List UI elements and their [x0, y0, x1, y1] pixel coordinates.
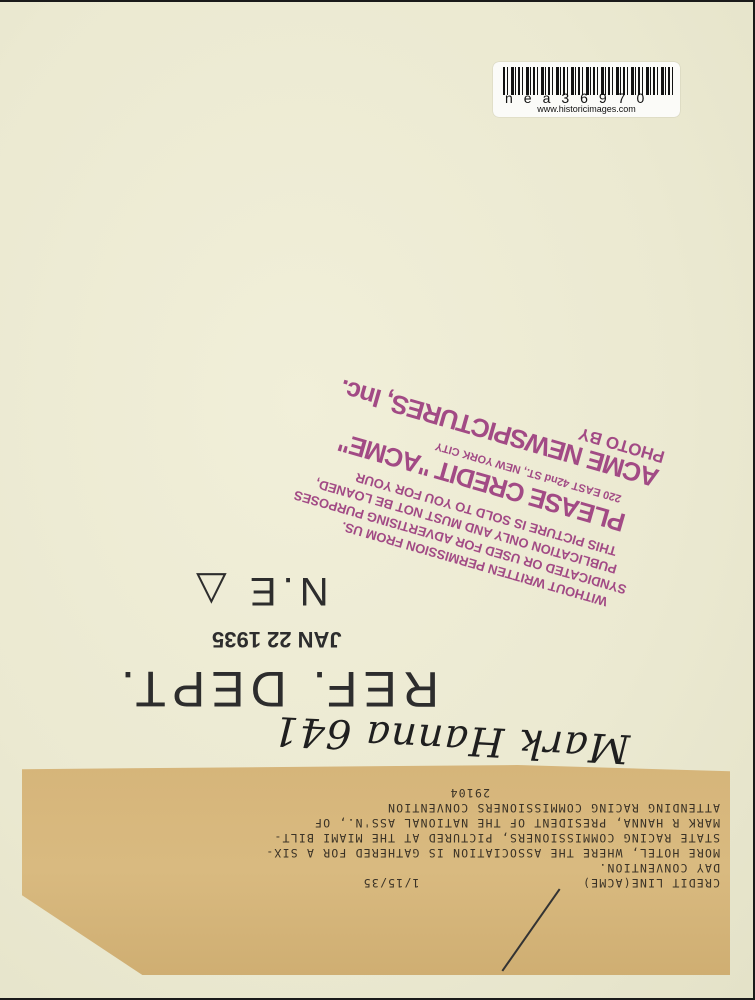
- caption-line: CREDIT LINE(ACME) 1/15/35: [363, 876, 720, 890]
- barcode-url: www.historicimages.com: [493, 104, 680, 114]
- caption-line: ATTENDING RACING COMMISSIONERS CONVENTIO…: [387, 801, 720, 815]
- caption-number: 29104: [449, 786, 720, 800]
- library-code-stamp: N.E △: [190, 568, 329, 614]
- caption-line: MORE HOTEL, WHERE THE ASSOCIATION IS GAT…: [265, 846, 720, 860]
- caption-line: MARK R HANNA, PRESIDENT OF THE NATIONAL …: [314, 816, 720, 830]
- barcode-label: nea36970 www.historicimages.com: [493, 62, 680, 117]
- caption-slip-text: CREDIT LINE(ACME) 1/15/35 DAY CONVENTION…: [30, 785, 720, 890]
- date-stamp: JAN 22 1935: [212, 626, 342, 652]
- caption-line: STATE RACING COMMISSIONERS, PICTURED AT …: [273, 831, 720, 845]
- caption-line: DAY CONVENTION.: [598, 861, 720, 875]
